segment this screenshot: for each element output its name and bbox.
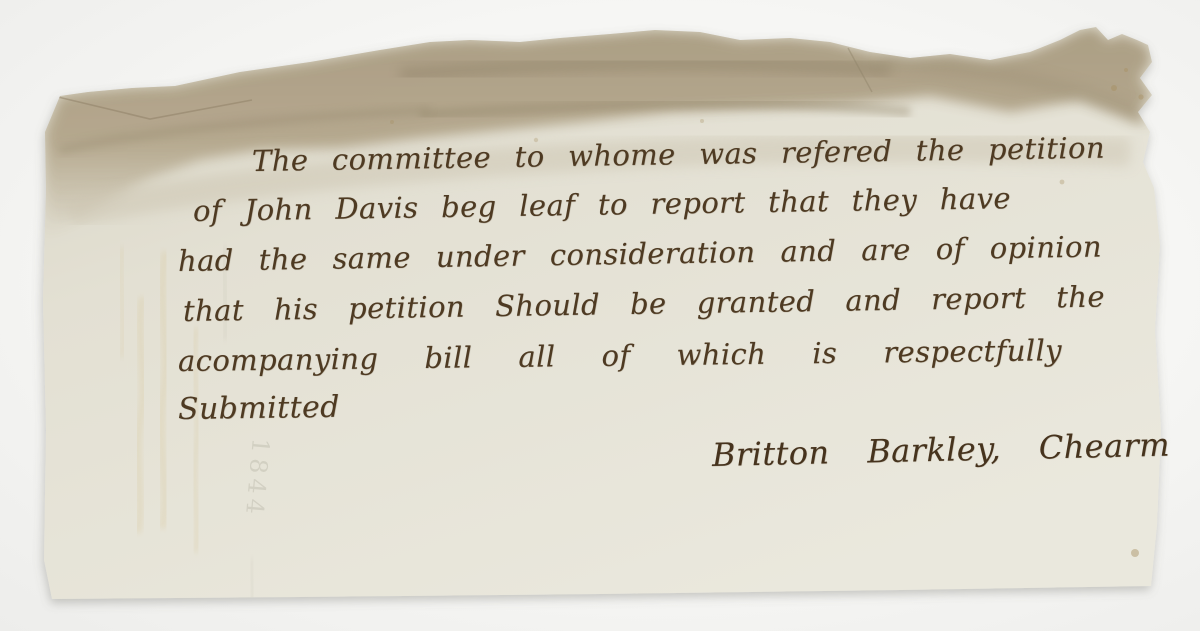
scanned-document-page: The committee to whome was refered the p…	[0, 0, 1200, 631]
paper-artwork	[0, 0, 1200, 631]
